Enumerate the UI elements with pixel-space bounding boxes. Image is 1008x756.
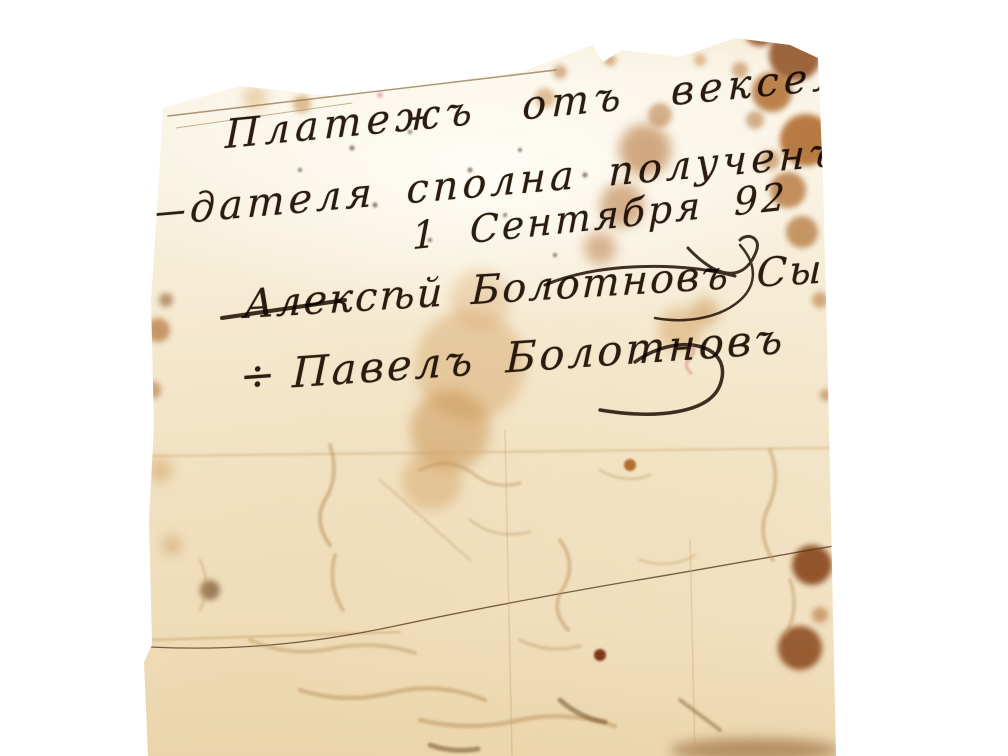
division-mark: ÷: [240, 349, 279, 401]
handwriting-signature-2: ÷Павелъ Болотновъ: [240, 314, 786, 401]
photo-background: Платежъ отъ векселе— —дателя сполна полу…: [0, 0, 1008, 756]
bleedthrough-writing-group: [200, 445, 794, 750]
aged-paper-sheet: Платежъ отъ векселе— —дателя сполна полу…: [0, 0, 1008, 756]
signature-2-name: Павелъ Болотновъ: [292, 314, 786, 398]
